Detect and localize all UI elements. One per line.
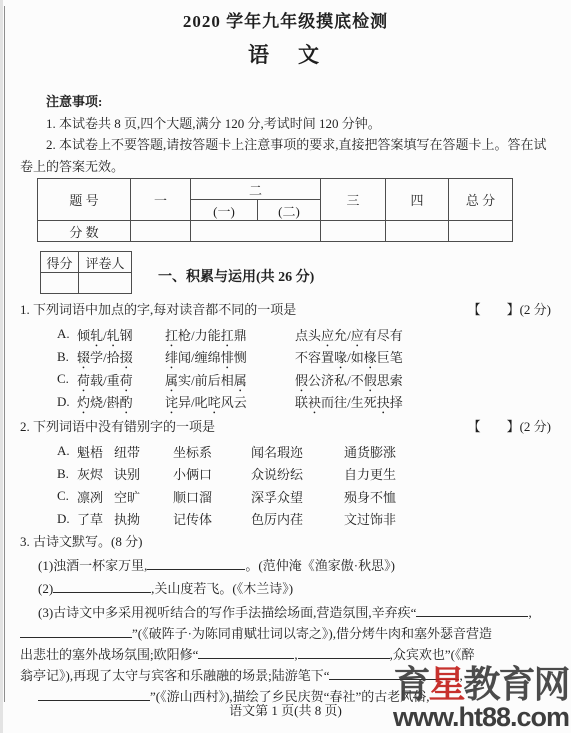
option-word-pair: 诧异/叱咤风云: [165, 392, 295, 411]
option-word: 了草: [77, 509, 114, 528]
answer-blank: [38, 688, 150, 701]
q3-part3-text: 翁亭记》),再现了太守与宾客和乐融融的场景;陆游笔下“: [20, 668, 329, 683]
q3-part1-source: 。(范仲淹《渔家傲·秋思》): [245, 558, 395, 573]
option-word: 深孚众望: [251, 487, 344, 506]
option-word: 坐标系: [173, 442, 251, 461]
page-title: 2020 学年九年级摸底检测: [0, 7, 571, 32]
option-word-pair: 灼烧/斟酌: [77, 392, 165, 411]
answer-blank: [298, 646, 390, 659]
option-word: 纽带: [114, 442, 173, 461]
option-word: 顺口溜: [173, 487, 251, 506]
score-header-four: 四: [386, 179, 449, 221]
grader-box-grader-label: 评卷人: [79, 252, 132, 273]
score-cell-empty: [386, 221, 449, 242]
option-word-pair: 假公济私/不假思索: [295, 370, 403, 389]
watermark-site-name: 育星教育网: [393, 667, 569, 704]
question-2-stem: 2. 下列词语中没有错别字的一项是: [20, 416, 215, 435]
option-word: 记传体: [173, 509, 251, 528]
option-label: B.: [57, 466, 77, 482]
section-1-heading: 一、积累与运用(共 26 分): [158, 266, 314, 286]
option-word-pair: 属实/前后相属: [165, 370, 295, 389]
answer-blank: [53, 580, 151, 593]
option-word: 灰烬: [77, 464, 114, 483]
option-word: 诀别: [114, 464, 173, 483]
q3-part2-text: ,关山度若飞。(《木兰诗》): [151, 581, 293, 596]
score-header-two-sub1: (一): [191, 200, 258, 221]
watermark-url: www.ht88.com: [393, 704, 569, 731]
q3-part3-text: 出悲壮的塞外战场氛围;欧阳修“: [20, 647, 198, 662]
option-word-pair: 联袂而往/生死抉择: [295, 392, 403, 411]
q1-option-c: C. 荷载/重荷 属实/前后相属 假公济私/不假思索: [57, 368, 557, 391]
option-word: 小俩口: [173, 464, 251, 483]
score-header-two-sub2: (二): [258, 200, 321, 221]
option-word: 自力更生: [344, 464, 396, 483]
score-row-label: 分 数: [38, 221, 131, 242]
option-word-pair: 辍学/拾掇: [77, 347, 165, 366]
option-word: 闻名瑕迩: [251, 442, 344, 461]
option-label: B.: [57, 349, 77, 365]
option-word: 色厉内荏: [251, 509, 344, 528]
notice-item-2: 2. 本试卷上不要答题,请按答题卡上注意事项的要求,直接把答案填写在答题卡上。答…: [20, 134, 552, 177]
option-label: A.: [57, 326, 77, 342]
watermark-char: 育: [393, 665, 428, 706]
q3-part-3-line-3: 出悲壮的塞外战场氛围;欧阳修“,,众宾欢也”(《醉: [20, 644, 557, 665]
q3-part-3-line-1: (3)古诗文中多采用视听结合的写作手法描绘场面,营造氛围,辛弃疾“,: [20, 602, 557, 623]
score-header-total: 总 分: [449, 179, 513, 221]
score-cell-empty: [131, 221, 191, 242]
option-word: 魁梧: [77, 442, 114, 461]
question-3-stem: 3. 古诗文默写。(8 分): [20, 531, 557, 555]
question-1-stem: 1. 下列词语中加点的字,每对读音都不同的一项是: [20, 299, 296, 318]
q3-part3-text: (3)古诗文中多采用视听结合的写作手法描绘场面,营造氛围,辛弃疾“: [38, 605, 416, 620]
q1-option-d: D. 灼烧/斟酌 诧异/叱咤风云 联袂而往/生死抉择: [57, 391, 557, 414]
q3-part-3-line-2: ”(《破阵子·为陈同甫赋壮词以寄之》),借分烤牛肉和塞外瑟音营造: [20, 623, 557, 644]
grader-box-score-label: 得分: [41, 252, 79, 273]
notice-section: 注意事项: 1. 本试卷共 8 页,四个大题,满分 120 分,考试时间 120…: [20, 91, 552, 177]
q3-part3-text: ,: [528, 605, 531, 620]
option-label: A.: [57, 443, 77, 459]
q3-part2-label: (2): [38, 581, 53, 596]
option-word: 通货膨涨: [344, 442, 396, 461]
q3-part1-text: (1)浊酒一杯家万里,: [38, 558, 147, 573]
watermark: 育星教育网 www.ht88.com: [393, 667, 569, 731]
score-header-two: 二: [191, 179, 321, 200]
score-summary-table: 题 号 一 二 三 四 总 分 (一) (二) 分 数: [37, 178, 513, 242]
score-header-three: 三: [321, 179, 386, 221]
q2-option-c: C. 凛冽 空旷 顺口溜 深孚众望 殒身不恤: [57, 485, 557, 508]
option-word-pair: 绯闻/缠绵悱恻: [165, 347, 295, 366]
option-word-pair: 点头应允/应有尽有: [295, 325, 403, 344]
option-word: 凛冽: [77, 487, 114, 506]
scan-edge: [0, 0, 3, 733]
answer-blank: [198, 646, 294, 659]
score-cell-empty: [449, 221, 513, 242]
q2-option-a: A. 魁梧 纽带 坐标系 闻名瑕迩 通货膨涨: [57, 440, 557, 463]
grader-box-empty-cell: [79, 273, 132, 294]
notice-item-1: 1. 本试卷共 8 页,四个大题,满分 120 分,考试时间 120 分钟。: [20, 113, 552, 135]
option-word: 众说纷纭: [251, 464, 344, 483]
grader-box-empty-cell: [41, 273, 79, 294]
notice-heading: 注意事项:: [20, 91, 552, 113]
question-1: 1. 下列词语中加点的字,每对读音都不同的一项是 【 】(2 分) A. 倾轧/…: [20, 299, 557, 413]
option-word: 文过饰非: [344, 509, 396, 528]
option-label: C.: [57, 488, 77, 504]
option-word-pair: 倾轧/轧钢: [77, 325, 165, 344]
option-word: 空旷: [114, 487, 173, 506]
score-cell-empty: [321, 221, 386, 242]
option-word-pair: 荷载/重荷: [77, 370, 165, 389]
subject-title: 语 文: [0, 39, 571, 69]
answer-blank: [20, 625, 132, 638]
option-word: 殒身不恤: [344, 487, 396, 506]
q3-part3-text: ”(《破阵子·为陈同甫赋壮词以寄之》),借分烤牛肉和塞外瑟音营造: [132, 626, 492, 641]
q3-part-2: (2),关山度若飞。(《木兰诗》): [20, 578, 557, 602]
question-2: 2. 下列词语中没有错别字的一项是 【 】(2 分) A. 魁梧 纽带 坐标系 …: [20, 416, 557, 530]
option-word: 执拗: [114, 509, 173, 528]
score-cell-empty: [191, 221, 321, 242]
grader-score-box: 得分 评卷人: [40, 251, 132, 294]
option-label: C.: [57, 371, 77, 387]
q3-part3-text: ,众宾欢也”(《醉: [390, 647, 475, 662]
question-1-answer-bracket: 【 】(2 分): [468, 299, 557, 318]
option-word-pair: 不容置喙/如椽巨笔: [295, 347, 403, 366]
q1-option-b: B. 辍学/拾掇 绯闻/缠绵悱恻 不容置喙/如椽巨笔: [57, 346, 557, 369]
q1-option-a: A. 倾轧/轧钢 扛枪/力能扛鼎 点头应允/应有尽有: [57, 323, 557, 346]
option-label: D.: [57, 511, 77, 527]
option-label: D.: [57, 394, 77, 410]
watermark-char-red: 星: [428, 665, 463, 706]
answer-blank: [416, 604, 528, 617]
q2-option-b: B. 灰烬 诀别 小俩口 众说纷纭 自力更生: [57, 463, 557, 486]
score-header-one: 一: [131, 179, 191, 221]
question-2-answer-bracket: 【 】(2 分): [468, 416, 557, 435]
answer-blank: [147, 557, 245, 570]
binding-line: [4, 6, 5, 702]
q2-option-d: D. 了草 执拗 记传体 色厉内荏 文过饰非: [57, 508, 557, 531]
exam-paper-page: 2020 学年九年级摸底检测 语 文 注意事项: 1. 本试卷共 8 页,四个大…: [0, 0, 571, 733]
q3-part-1: (1)浊酒一杯家万里,。(范仲淹《渔家傲·秋思》): [20, 555, 557, 579]
option-word-pair: 扛枪/力能扛鼎: [165, 325, 295, 344]
watermark-chars: 教育网: [463, 665, 568, 706]
score-header-question-no: 题 号: [38, 179, 131, 221]
